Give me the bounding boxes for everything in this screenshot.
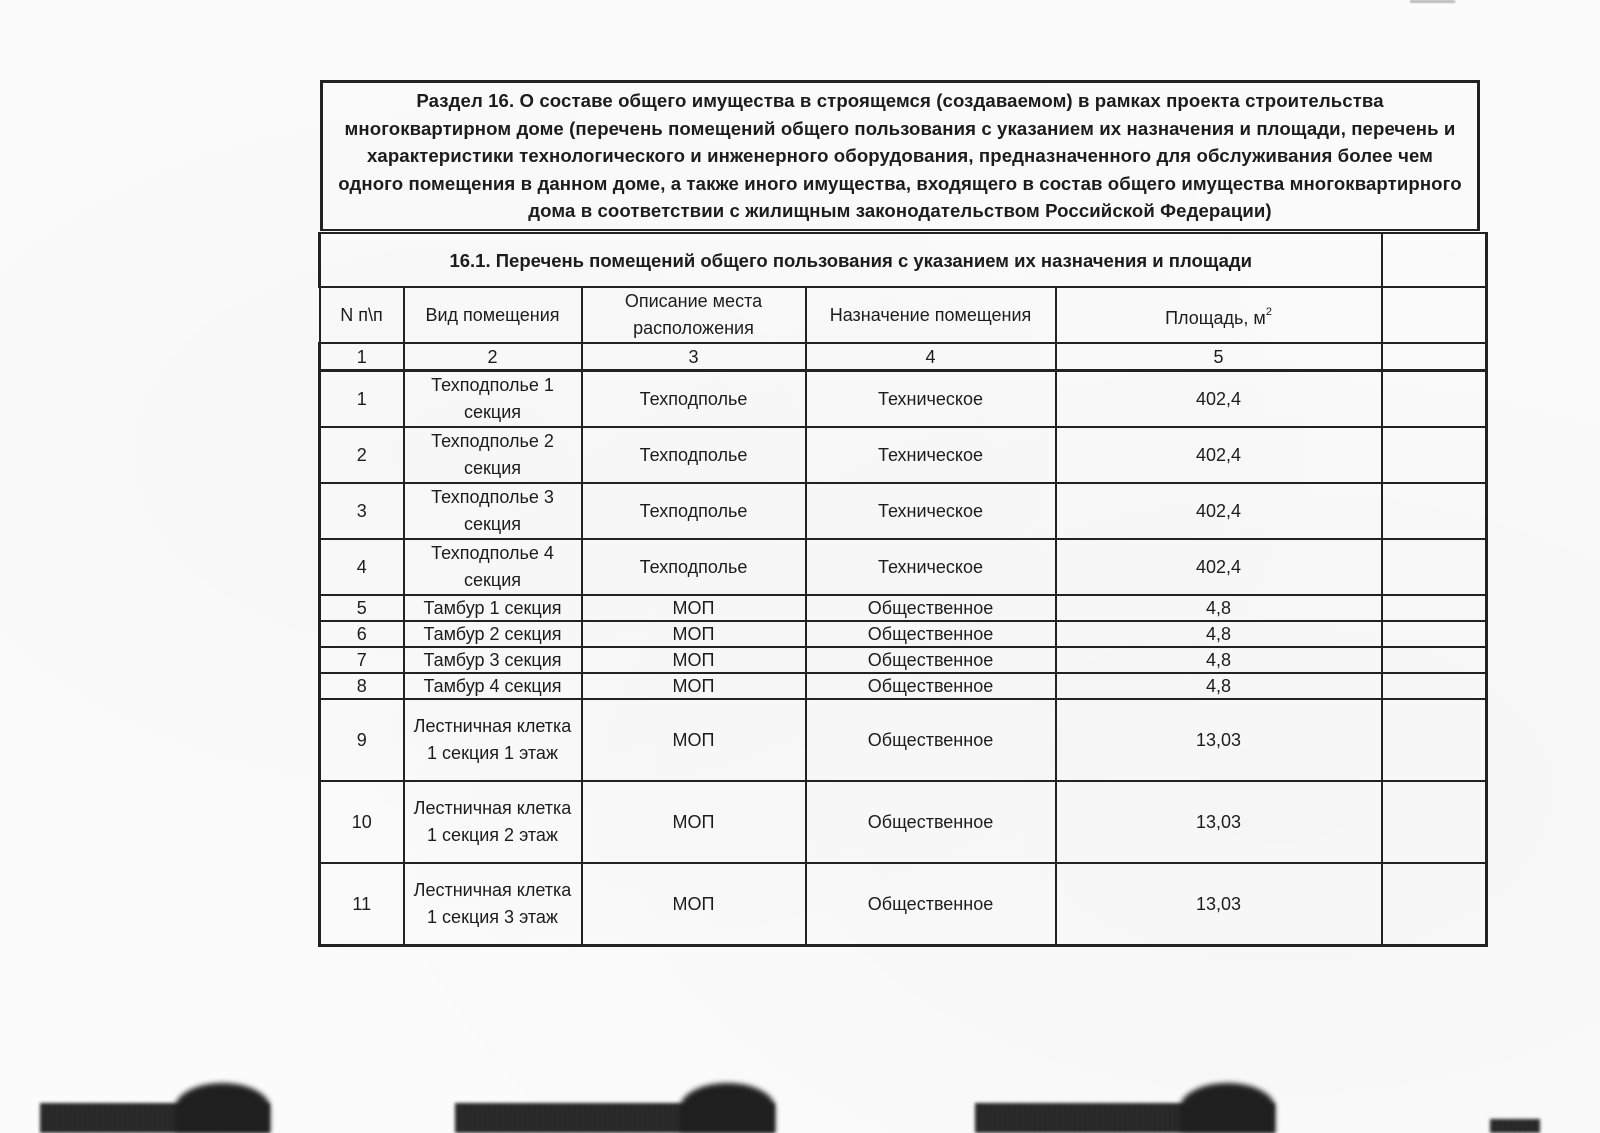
cell-purpose: Техническое [806,483,1056,539]
section-title: Раздел 16. О составе общего имущества в … [323,87,1477,224]
cell-room-type: Лестничная клетка 1 секция 1 этаж [404,699,582,781]
scan-mark [1410,0,1455,3]
cell-location: МОП [582,595,806,621]
extra-empty-cell [1382,595,1487,621]
cell-location: Техподполье [582,371,806,428]
cell-location: МОП [582,621,806,647]
header-area: Площадь, м2 [1056,287,1382,343]
cell-num: 5 [320,595,404,621]
header-area-label: Площадь, м [1165,308,1266,328]
table-row: 2Техподполье 2 секцияТехподпольеТехничес… [320,427,1487,483]
header-num: N п\п [320,287,404,343]
cell-room-type: Тамбур 1 секция [404,595,582,621]
header-purpose: Назначение помещения [806,287,1056,343]
cell-area: 402,4 [1056,427,1382,483]
table-row: 5Тамбур 1 секцияМОПОбщественное4,8 [320,595,1487,621]
extra-empty-cell [1382,233,1487,287]
cell-location: МОП [582,673,806,699]
scan-smudge [455,1103,775,1133]
extra-empty-cell [1382,343,1487,371]
cell-room-type: Тамбур 4 секция [404,673,582,699]
column-number: 3 [582,343,806,371]
cell-purpose: Общественное [806,699,1056,781]
section-heading-box: Раздел 16. О составе общего имущества в … [320,80,1480,231]
cell-num: 11 [320,863,404,946]
scanned-page: Раздел 16. О составе общего имущества в … [0,0,1600,1133]
cell-num: 7 [320,647,404,673]
cell-room-type: Техподполье 2 секция [404,427,582,483]
extra-empty-cell [1382,673,1487,699]
cell-room-type: Техподполье 1 секция [404,371,582,428]
cell-location: Техподполье [582,427,806,483]
extra-empty-cell [1382,371,1487,428]
extra-empty-cell [1382,621,1487,647]
cell-area: 13,03 [1056,863,1382,946]
header-location: Описание места расположения [582,287,806,343]
cell-area: 402,4 [1056,539,1382,595]
cell-area: 13,03 [1056,781,1382,863]
cell-num: 3 [320,483,404,539]
cell-num: 8 [320,673,404,699]
common-premises-table: 16.1. Перечень помещений общего пользова… [318,232,1488,947]
extra-empty-cell [1382,287,1487,343]
cell-location: МОП [582,781,806,863]
header-type: Вид помещения [404,287,582,343]
table-row: 4Техподполье 4 секцияТехподпольеТехничес… [320,539,1487,595]
cell-location: МОП [582,647,806,673]
extra-empty-cell [1382,781,1487,863]
table-row: 1Техподполье 1 секцияТехподпольеТехничес… [320,371,1487,428]
cell-area: 4,8 [1056,673,1382,699]
cell-num: 10 [320,781,404,863]
table-row: 3Техподполье 3 секцияТехподпольеТехничес… [320,483,1487,539]
cell-purpose: Техническое [806,539,1056,595]
extra-empty-cell [1382,647,1487,673]
cell-room-type: Лестничная клетка 1 секция 2 этаж [404,781,582,863]
table-row: 8Тамбур 4 секцияМОПОбщественное4,8 [320,673,1487,699]
extra-empty-cell [1382,539,1487,595]
cell-num: 9 [320,699,404,781]
scan-smudge [40,1103,270,1133]
extra-empty-cell [1382,427,1487,483]
cell-room-type: Тамбур 3 секция [404,647,582,673]
cell-purpose: Общественное [806,647,1056,673]
cell-area: 4,8 [1056,647,1382,673]
cell-purpose: Общественное [806,621,1056,647]
table-row: 10Лестничная клетка 1 секция 2 этажМОПОб… [320,781,1487,863]
cell-area: 4,8 [1056,621,1382,647]
column-number: 5 [1056,343,1382,371]
cell-location: Техподполье [582,483,806,539]
cell-purpose: Общественное [806,863,1056,946]
cell-area: 13,03 [1056,699,1382,781]
cell-area: 402,4 [1056,483,1382,539]
cell-purpose: Общественное [806,595,1056,621]
cell-purpose: Техническое [806,371,1056,428]
table-row: 7Тамбур 3 секцияМОПОбщественное4,8 [320,647,1487,673]
cell-room-type: Лестничная клетка 1 секция 3 этаж [404,863,582,946]
cell-location: МОП [582,863,806,946]
cell-purpose: Техническое [806,427,1056,483]
extra-empty-cell [1382,863,1487,946]
cell-location: Техподполье [582,539,806,595]
scan-smudge [1490,1119,1540,1133]
cell-purpose: Общественное [806,781,1056,863]
header-area-sup: 2 [1266,306,1272,318]
cell-num: 4 [320,539,404,595]
cell-room-type: Техподполье 3 секция [404,483,582,539]
cell-room-type: Техподполье 4 секция [404,539,582,595]
table-row: 11Лестничная клетка 1 секция 3 этажМОПОб… [320,863,1487,946]
extra-empty-cell [1382,699,1487,781]
column-number: 1 [320,343,404,371]
table-row: 6Тамбур 2 секцияМОПОбщественное4,8 [320,621,1487,647]
subsection-title: 16.1. Перечень помещений общего пользова… [320,233,1382,287]
column-number: 4 [806,343,1056,371]
cell-location: МОП [582,699,806,781]
header-row: N п\п Вид помещения Описание места распо… [320,287,1487,343]
cell-num: 1 [320,371,404,428]
scan-smudge [975,1103,1275,1133]
cell-area: 4,8 [1056,595,1382,621]
column-number: 2 [404,343,582,371]
column-number-row: 1 2 3 4 5 [320,343,1487,371]
cell-num: 2 [320,427,404,483]
cell-area: 402,4 [1056,371,1382,428]
table-row: 9Лестничная клетка 1 секция 1 этажМОПОбщ… [320,699,1487,781]
cell-room-type: Тамбур 2 секция [404,621,582,647]
extra-empty-cell [1382,483,1487,539]
subsection-row: 16.1. Перечень помещений общего пользова… [320,233,1487,287]
cell-num: 6 [320,621,404,647]
cell-purpose: Общественное [806,673,1056,699]
